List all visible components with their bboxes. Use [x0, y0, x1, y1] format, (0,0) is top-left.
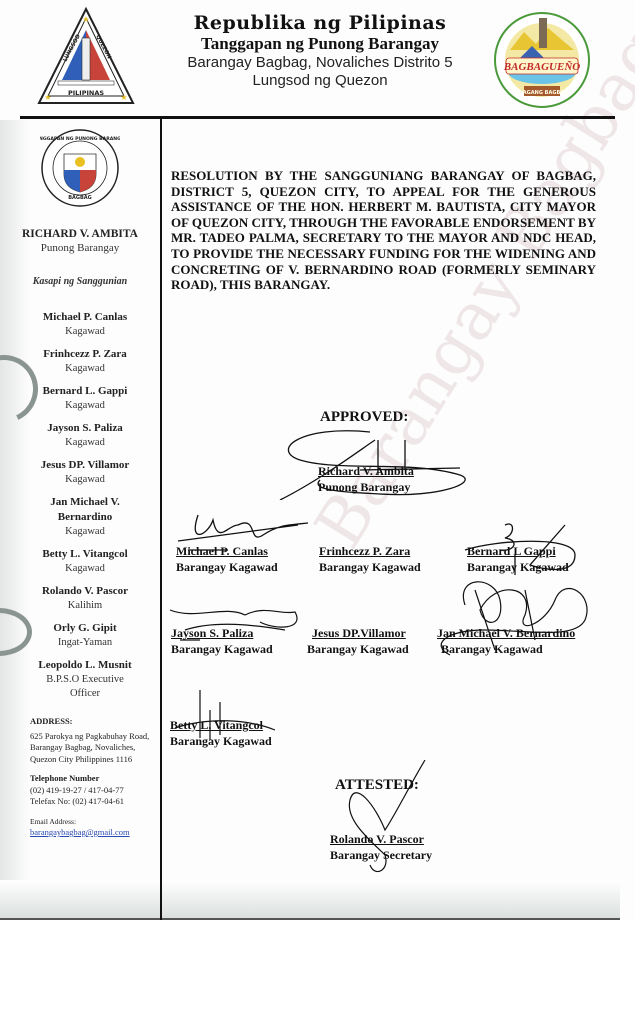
page-bottom-edge	[0, 918, 620, 920]
member-role: Kagawad	[12, 436, 158, 450]
signatory-name: Jan Michael V. Bernardino	[437, 625, 575, 641]
barangay-seal-icon: BAGBAG TANGGAPAN NG PUNONG BARANGAY	[40, 128, 120, 208]
svg-text:PILIPINAS: PILIPINAS	[68, 89, 104, 97]
approver-title: Punong Barangay	[318, 479, 414, 495]
approver-name: Richard V. Ambita	[318, 463, 414, 479]
signature-block: Jan Michael V. Bernardino Barangay Kagaw…	[437, 625, 575, 657]
attester-signature-block: Rolando V. Pascor Barangay Secretary	[330, 831, 432, 863]
signature-block: Betty L. Vitangcol Barangay Kagawad	[170, 717, 272, 749]
header-divider	[20, 116, 615, 119]
member-name: Jesus DP. Villamor	[12, 458, 158, 473]
member-name: Michael P. Canlas	[12, 310, 158, 325]
attester-name: Rolando V. Pascor	[330, 831, 432, 847]
council-members-list: Michael P. CanlasKagawad Frinhcezz P. Za…	[12, 310, 158, 709]
member-role: Ingat-Yaman	[12, 636, 158, 650]
member-name: Leopoldo L. Musnit	[12, 658, 158, 673]
member-name: Betty L. Vitangcol	[12, 547, 158, 562]
republic-title: Republika ng Pilipinas	[160, 12, 480, 34]
member-name: Frinhcezz P. Zara	[12, 347, 158, 362]
member-role: Kagawad	[12, 325, 158, 339]
list-item: Leopoldo L. MusnitB.P.S.O Executive Offi…	[12, 658, 158, 701]
signature-block: Frinhcezz P. Zara Barangay Kagawad	[319, 543, 421, 575]
attester-title: Barangay Secretary	[330, 847, 432, 863]
svg-text:★: ★	[44, 93, 51, 102]
member-name: Jayson S. Paliza	[12, 421, 158, 436]
signature-block: Jayson S. Paliza Barangay Kagawad	[171, 625, 273, 657]
signatory-name: Jayson S. Paliza	[171, 625, 273, 641]
member-role: Kagawad	[12, 525, 158, 539]
member-name: Orly G. Gipit	[12, 621, 158, 636]
chief-name: RICHARD V. AMBITA	[0, 228, 160, 240]
signatory-title: Barangay Kagawad	[171, 641, 273, 657]
address-label: ADDRESS:	[30, 716, 158, 728]
resolution-title: RESOLUTION BY THE SANGGUNIANG BARANGAY O…	[171, 168, 596, 293]
address-text: 625 Parokya ng Pagkabuhay Road, Barangay…	[30, 731, 158, 766]
signature-block: Michael P. Canlas Barangay Kagawad	[176, 543, 278, 575]
letterhead: Republika ng Pilipinas Tanggapan ng Puno…	[160, 12, 480, 90]
phone-number: (02) 419-19-27 / 417-04-77	[30, 785, 158, 797]
approver-signature-block: Richard V. Ambita Punong Barangay	[318, 463, 414, 495]
signatory-name: Michael P. Canlas	[176, 543, 278, 559]
signatory-title: Barangay Kagawad	[319, 559, 421, 575]
signatory-name: Betty L. Vitangcol	[170, 717, 272, 733]
signature-block: Jesus DP.Villamor Barangay Kagawad	[307, 625, 409, 657]
svg-text:BAGBAGUEÑO: BAGBAGUEÑO	[503, 61, 580, 73]
list-item: Betty L. VitangcolKagawad	[12, 547, 158, 576]
list-item: Jan Michael V. BernardinoKagawad	[12, 495, 158, 539]
list-item: Rolando V. PascorKalihim	[12, 584, 158, 613]
council-heading: Kasapi ng Sanggunian	[0, 276, 160, 287]
office-title: Tanggapan ng Punong Barangay	[160, 34, 480, 54]
member-name: Jan Michael V. Bernardino	[12, 495, 158, 525]
attested-label: ATTESTED:	[335, 777, 419, 794]
email-link[interactable]: barangaybagbag@gmail.com	[30, 827, 158, 839]
barangay-address: Barangay Bagbag, Novaliches Distrito 5	[160, 54, 480, 72]
page-bottom-shadow	[0, 880, 620, 920]
list-item: Orly G. GipitIngat-Yaman	[12, 621, 158, 650]
member-name: Rolando V. Pascor	[12, 584, 158, 599]
svg-text:BAGBAG: BAGBAG	[68, 195, 92, 201]
phone-label: Telephone Number	[30, 773, 158, 785]
svg-text:★: ★	[82, 15, 89, 24]
contact-block: ADDRESS: 625 Parokya ng Pagkabuhay Road,…	[30, 716, 158, 847]
signatory-title: Barangay Kagawad	[437, 641, 575, 657]
list-item: Jesus DP. VillamorKagawad	[12, 458, 158, 487]
signatory-title: Barangay Kagawad	[307, 641, 409, 657]
signatory-title: Barangay Kagawad	[467, 559, 569, 575]
signature-block: Bernard L Gappi Barangay Kagawad	[467, 543, 569, 575]
telefax-number: Telefax No: (02) 417-04-61	[30, 796, 158, 808]
list-item: Jayson S. PalizaKagawad	[12, 421, 158, 450]
chief-block: RICHARD V. AMBITA Punong Barangay	[0, 228, 160, 254]
member-role: Kalihim	[12, 599, 158, 613]
signatory-name: Jesus DP.Villamor	[307, 625, 409, 641]
chief-role: Punong Barangay	[0, 242, 160, 254]
signatory-name: Bernard L Gappi	[467, 543, 569, 559]
quezon-city-seal-icon: PILIPINAS LUNGSOD QUEZON ★ ★ ★	[36, 6, 136, 106]
bagbagueno-logo-icon: BAGBAGUEÑO ALAGANG BAGBAG	[492, 10, 592, 112]
sidebar-divider	[160, 118, 162, 920]
city-name: Lungsod ng Quezon	[160, 72, 480, 90]
signatory-title: Barangay Kagawad	[170, 733, 272, 749]
svg-text:TANGGAPAN NG PUNONG BARANGAY: TANGGAPAN NG PUNONG BARANGAY	[40, 136, 120, 142]
member-role: B.P.S.O Executive Officer	[12, 673, 158, 701]
member-role: Kagawad	[12, 473, 158, 487]
list-item: Michael P. CanlasKagawad	[12, 310, 158, 339]
signatory-name: Frinhcezz P. Zara	[319, 543, 421, 559]
email-label: Email Address:	[30, 816, 158, 828]
member-role: Kagawad	[12, 562, 158, 576]
approved-label: APPROVED:	[320, 409, 408, 426]
svg-text:★: ★	[120, 93, 127, 102]
signatory-title: Barangay Kagawad	[176, 559, 278, 575]
svg-text:ALAGANG BAGBAG: ALAGANG BAGBAG	[516, 90, 569, 96]
